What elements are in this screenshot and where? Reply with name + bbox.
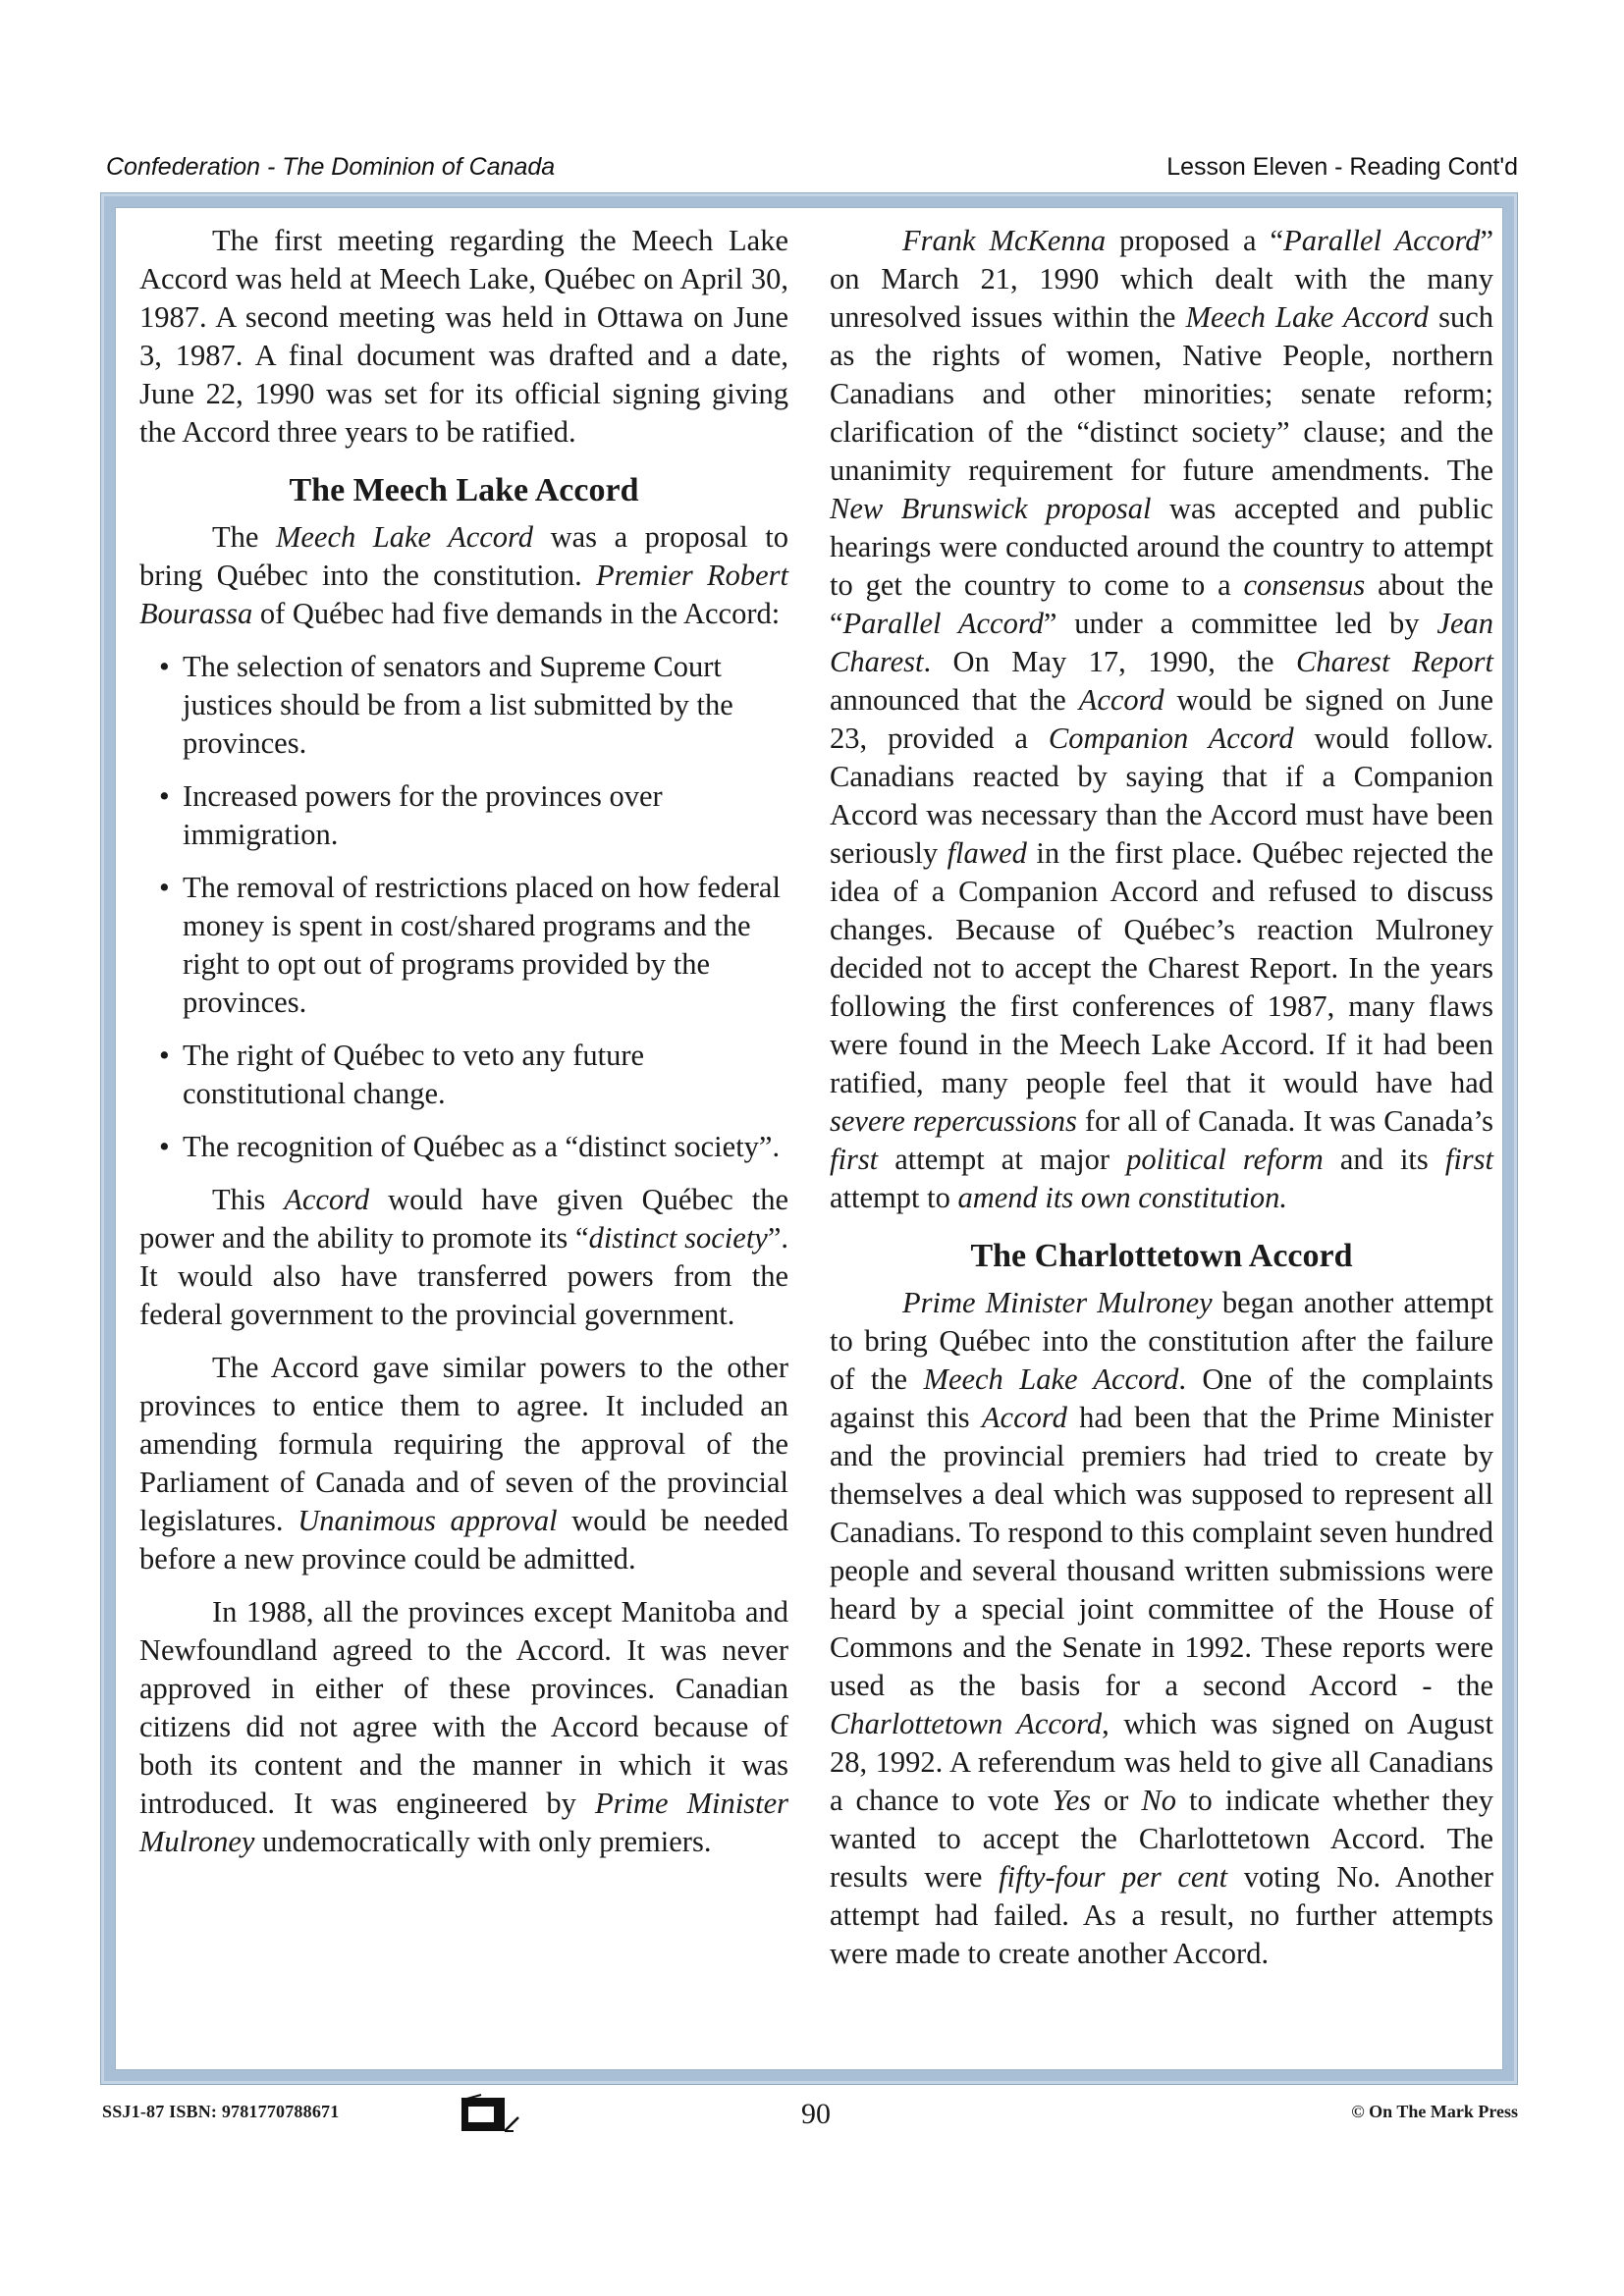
emphasized-text: flawed: [947, 836, 1027, 870]
text-run: attempt to: [830, 1181, 957, 1214]
emphasized-text: fifty-four per cent: [999, 1860, 1227, 1894]
text-run: or: [1091, 1784, 1141, 1817]
meech-paragraph-2: This Accord would have given Québec the …: [139, 1181, 788, 1334]
emphasized-text: amend its own constitution.: [957, 1181, 1287, 1214]
intro-paragraph: The first meeting regarding the Meech La…: [139, 222, 788, 452]
text-run: . On May 17, 1990, the: [923, 645, 1296, 678]
left-column: The first meeting regarding the Meech La…: [139, 222, 788, 1876]
emphasized-text: consensus: [1244, 568, 1366, 602]
emphasized-text: Meech Lake Accord: [1186, 300, 1429, 334]
footer-copyright: © On The Mark Press: [1351, 2102, 1518, 2122]
text-run: The first meeting regarding the Meech La…: [139, 224, 788, 449]
footer-code-isbn: SSJ1-87 ISBN: 9781770788671: [102, 2102, 339, 2122]
bullet-icon: •: [159, 869, 170, 907]
text-run: for all of Canada. It was Canada’s: [1077, 1104, 1493, 1138]
page-number: 90: [801, 2098, 831, 2131]
text-run: The: [212, 520, 276, 554]
text-run: in the first place. Québec rejected the …: [830, 836, 1493, 1099]
text-run: undemocratically with only premiers.: [254, 1825, 711, 1858]
emphasized-text: Companion Accord: [1049, 721, 1294, 755]
text-run: of Québec had five demands in the Accord…: [252, 597, 780, 630]
emphasized-text: Meech Lake Accord: [276, 520, 533, 554]
emphasized-text: Charest Report: [1296, 645, 1493, 678]
list-item: •The removal of restrictions placed on h…: [139, 869, 788, 1022]
emphasized-text: New Brunswick proposal: [830, 492, 1151, 525]
content-panel: The first meeting regarding the Meech La…: [115, 207, 1503, 2070]
text-run: ” under a committee led by: [1044, 607, 1437, 640]
list-item: •The selection of senators and Supreme C…: [139, 648, 788, 763]
bullet-icon: •: [159, 648, 170, 686]
meech-paragraph-3: The Accord gave similar powers to the ot…: [139, 1349, 788, 1578]
text-run: proposed a “: [1106, 224, 1283, 257]
emphasized-text: political reform: [1126, 1143, 1324, 1176]
list-item: •Increased powers for the provinces over…: [139, 777, 788, 854]
header-lesson-title: Lesson Eleven - Reading Cont'd: [1166, 153, 1518, 182]
text-run: and its: [1324, 1143, 1445, 1176]
list-item: •The recognition of Québec as a “distinc…: [139, 1128, 788, 1166]
emphasized-text: Frank McKenna: [902, 224, 1106, 257]
content-frame: The first meeting regarding the Meech La…: [100, 192, 1518, 2085]
emphasized-text: first: [1445, 1143, 1493, 1176]
emphasized-text: Meech Lake Accord: [924, 1362, 1179, 1396]
meech-paragraph-1: The Meech Lake Accord was a proposal to …: [139, 518, 788, 633]
emphasized-text: Prime Minister Mulroney: [902, 1286, 1213, 1319]
text-run: announced that the: [830, 683, 1079, 717]
emphasized-text: No: [1141, 1784, 1176, 1817]
emphasized-text: Accord: [284, 1183, 369, 1216]
emphasized-text: Parallel Accord: [843, 607, 1044, 640]
text-run: This: [212, 1183, 284, 1216]
right-column: Frank McKenna proposed a “Parallel Accor…: [830, 222, 1493, 1988]
emphasized-text: Accord: [982, 1401, 1067, 1434]
bullet-icon: •: [159, 1128, 170, 1166]
header-book-title: Confederation - The Dominion of Canada: [106, 153, 555, 182]
photocopier-icon: [460, 2094, 520, 2138]
page-footer: SSJ1-87 ISBN: 9781770788671 90 © On The …: [102, 2094, 1518, 2143]
emphasized-text: Charlottetown Accord: [830, 1707, 1102, 1740]
text-run: attempt at major: [878, 1143, 1126, 1176]
emphasized-text: distinct society: [589, 1221, 768, 1255]
heading-charlottetown-accord: The Charlottetown Accord: [830, 1235, 1493, 1278]
emphasized-text: Yes: [1052, 1784, 1091, 1817]
bullet-icon: •: [159, 1037, 170, 1075]
emphasized-text: first: [830, 1143, 878, 1176]
parallel-accord-paragraph: Frank McKenna proposed a “Parallel Accor…: [830, 222, 1493, 1217]
emphasized-text: Unanimous approval: [298, 1504, 557, 1537]
text-run: had been that the Prime Minister and the…: [830, 1401, 1493, 1702]
charlottetown-paragraph: Prime Minister Mulroney began another at…: [830, 1284, 1493, 1973]
heading-meech-lake-accord: The Meech Lake Accord: [139, 469, 788, 512]
demands-list: •The selection of senators and Supreme C…: [139, 648, 788, 1166]
meech-paragraph-4: In 1988, all the provinces except Manito…: [139, 1593, 788, 1861]
emphasized-text: Accord: [1079, 683, 1164, 717]
emphasized-text: Parallel Accord: [1283, 224, 1480, 257]
emphasized-text: severe repercussions: [830, 1104, 1077, 1138]
bullet-icon: •: [159, 777, 170, 816]
list-item: •The right of Québec to veto any future …: [139, 1037, 788, 1113]
